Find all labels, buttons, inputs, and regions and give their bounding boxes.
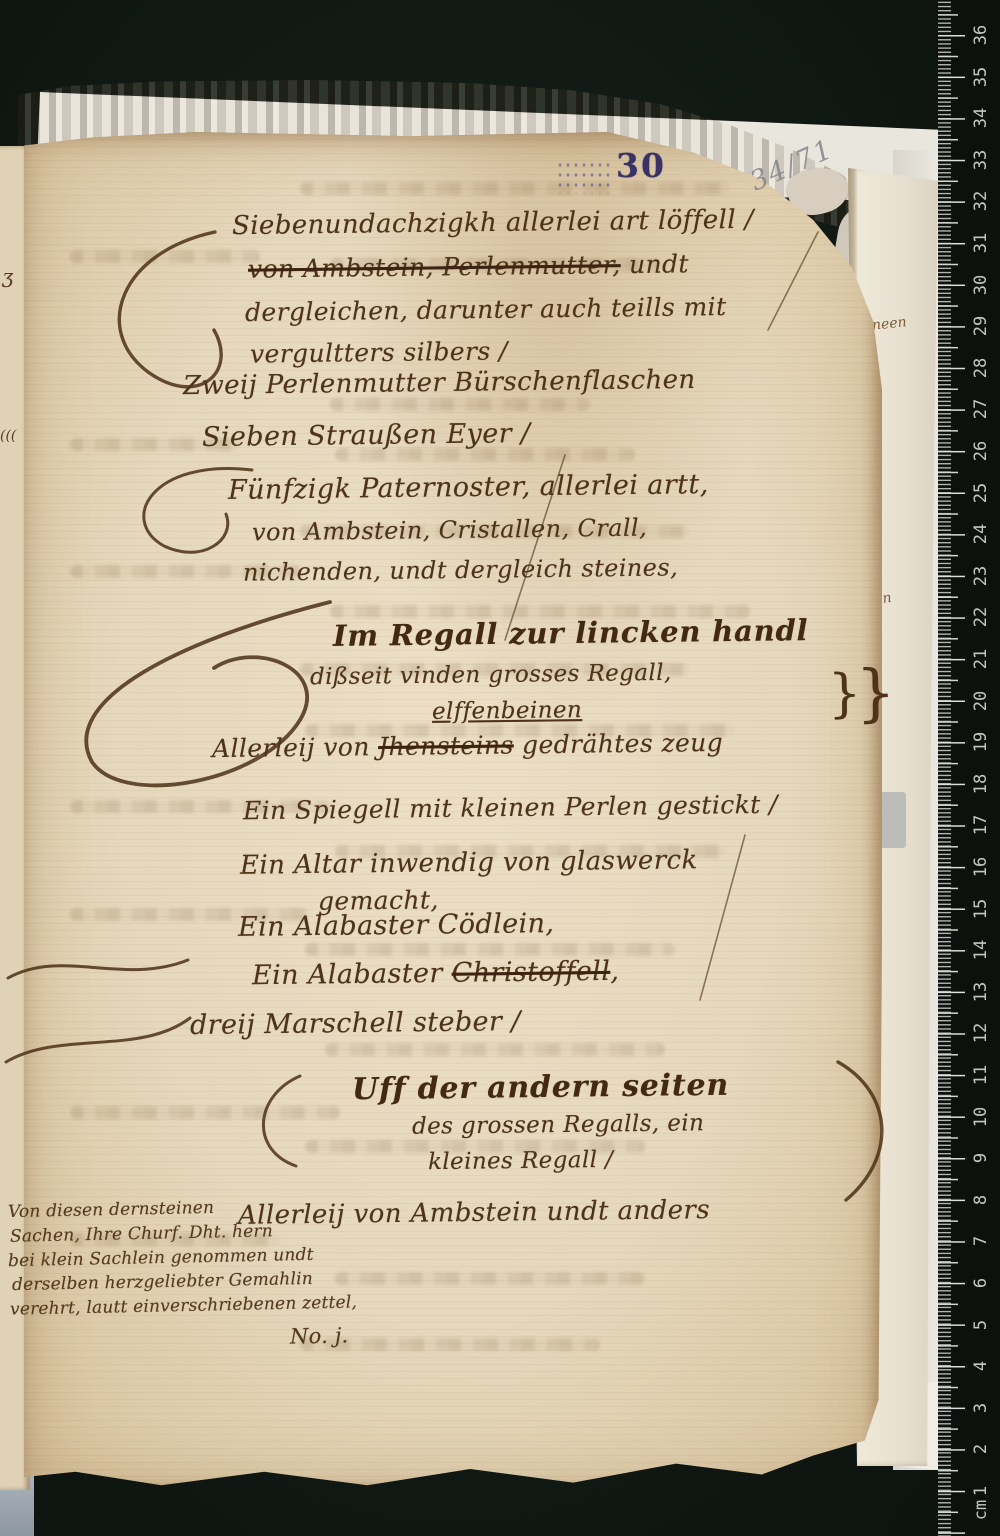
marginal-note-signature: No. j. (290, 1323, 349, 1348)
entry-line: Ein Altar inwendig von glaswerck (240, 845, 698, 881)
ruler-number: 10 (969, 1102, 993, 1132)
ruler-number: 9 (969, 1143, 993, 1173)
ruler-unit-label: cm (969, 1495, 993, 1525)
ruler-number: 34 (969, 103, 993, 133)
bleedthrough-line (305, 943, 675, 956)
ink-mark: ʒ (2, 264, 13, 288)
ruler-number: 23 (969, 561, 993, 591)
ruler-number: 29 (969, 311, 993, 341)
entry-line: Sieben Straußen Eyer / (202, 418, 531, 453)
ruler-number: 2 (969, 1434, 993, 1464)
page-number-stamp: 30 (616, 146, 666, 185)
ruler-number: 7 (969, 1226, 993, 1256)
section-heading: Im Regall zur lincken handl (333, 613, 809, 653)
ruler-number: 22 (969, 602, 993, 632)
faint-stamp (556, 160, 614, 194)
entry-line: Siebenundachzigkh allerlei art löffell / (232, 205, 754, 241)
ruler-number: 14 (969, 935, 993, 965)
ruler-number: 18 (969, 769, 993, 799)
bleedthrough-line (330, 398, 590, 411)
ruler-number: 6 (969, 1268, 993, 1298)
entry-line: Allerleij von Ambstein undt anders (238, 1195, 710, 1231)
ruler-number: 5 (969, 1310, 993, 1340)
ruler-number: 19 (969, 727, 993, 757)
entry-line: vergultters silbers / (250, 336, 508, 368)
ruler-number: 11 (969, 1060, 993, 1090)
bleedthrough-line (325, 1043, 665, 1056)
ruler-number: 28 (969, 353, 993, 383)
ruler-number: 32 (969, 186, 993, 216)
entry-line: des grossen Regalls, ein (412, 1110, 705, 1140)
ruler-number: 13 (969, 977, 993, 1007)
ruler-number: 25 (969, 478, 993, 508)
ruler-number: 35 (969, 62, 993, 92)
manuscript-photograph: neen ssen g y ʒ ((( (0, 0, 1000, 1536)
entry-line: dreij Marschell steber / (190, 1006, 521, 1041)
bleedthrough-line (70, 1106, 340, 1119)
ink-mark: ((( (0, 428, 16, 444)
ruler-number: 26 (969, 436, 993, 466)
entry-line: Fünfzigk Paternoster, allerlei artt, (228, 469, 709, 506)
ruler-number: 12 (969, 1018, 993, 1048)
ruler-number: 4 (969, 1351, 993, 1381)
entry-line: Ein Alabaster Christoffell, (252, 956, 620, 991)
bleedthrough-line (70, 250, 260, 263)
ruler-number: 8 (969, 1185, 993, 1215)
curly-brace: } (856, 656, 897, 729)
entry-line: kleines Regall / (428, 1147, 614, 1175)
inserted-word: elffenbeinen (432, 697, 582, 725)
entry-line: von Ambstein, Cristallen, Crall, (252, 514, 647, 547)
entry-line: von Ambstein, Perlenmutter, undt (248, 249, 689, 283)
ruler-number: 33 (969, 145, 993, 175)
bleedthrough-line (335, 1272, 645, 1285)
ruler-number: 21 (969, 644, 993, 674)
ruler-number: 24 (969, 519, 993, 549)
entry-line: nichenden, undt dergleich steines, (243, 553, 678, 586)
entry-line: dergleichen, darunter auch teills mit (245, 292, 727, 327)
ruler-cm-ticks (938, 0, 965, 1536)
entry-line: Zweij Perlenmutter Bürschenflaschen (183, 365, 696, 401)
ruler-number: 20 (969, 686, 993, 716)
entry-line: Ein Alabaster Cödlein, (238, 908, 555, 943)
section-heading: Uff der andern seiten (352, 1068, 729, 1108)
underpage-text-fragment: neen (871, 314, 907, 334)
ruler-number: 17 (969, 810, 993, 840)
ruler-number: 30 (969, 270, 993, 300)
entry-line: dißseit vinden grosses Regall, (310, 660, 672, 690)
ruler-number: 27 (969, 394, 993, 424)
ruler-number: 3 (969, 1393, 993, 1423)
measurement-ruler: 1234567891011121314151617181920212223242… (938, 0, 1000, 1536)
ruler-number: 36 (969, 20, 993, 50)
ruler-number: 31 (969, 228, 993, 258)
ruler-number: 16 (969, 852, 993, 882)
ruler-number: 15 (969, 894, 993, 924)
